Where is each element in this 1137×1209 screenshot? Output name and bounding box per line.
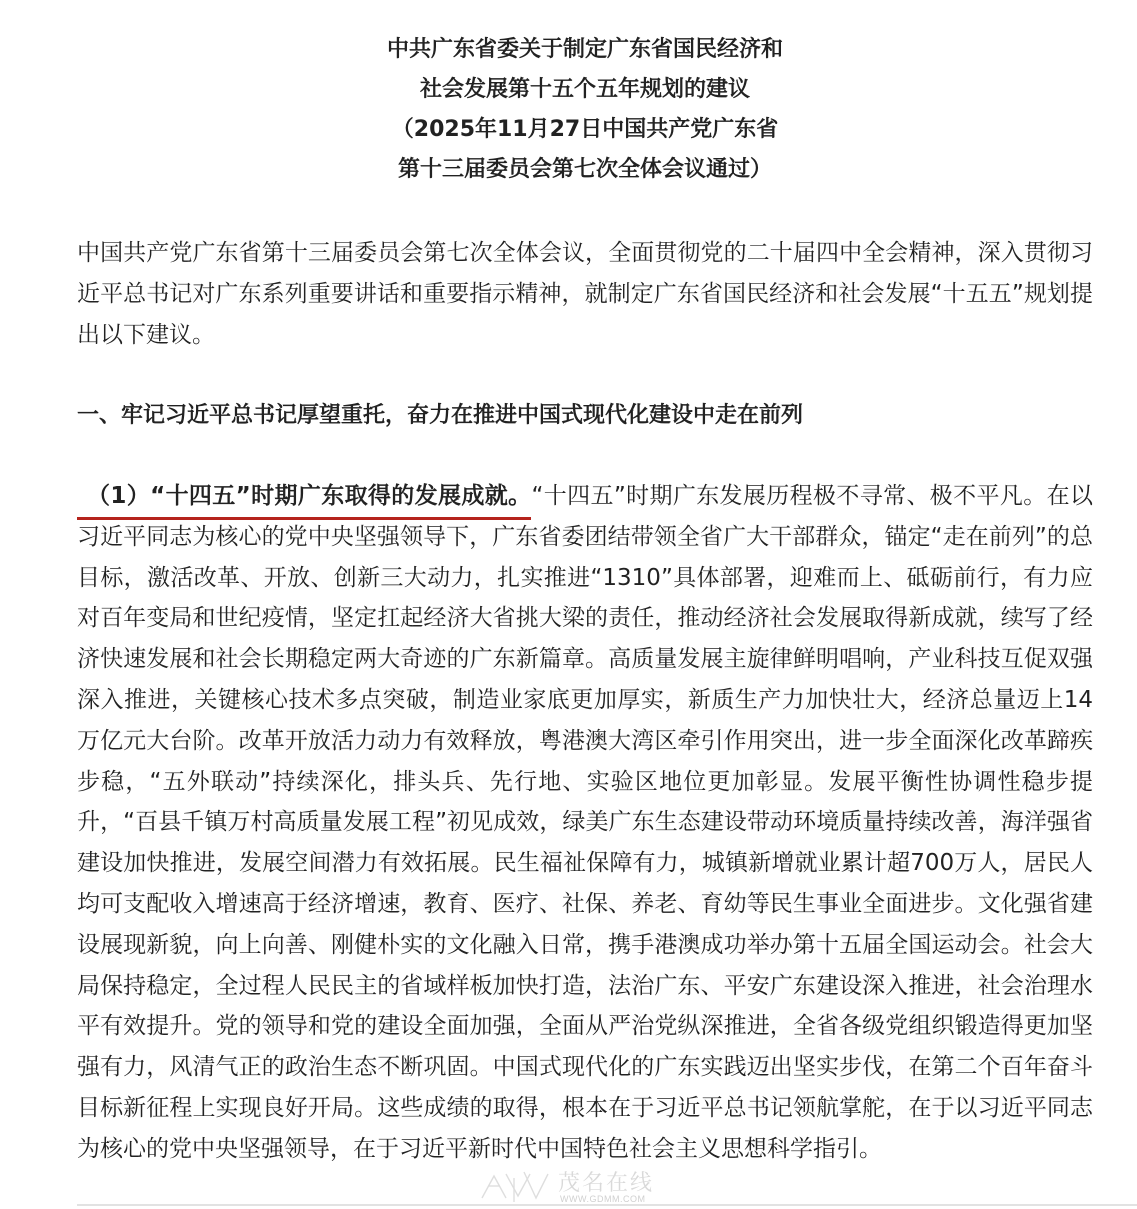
watermark-name: 茂名在线: [558, 1166, 654, 1197]
site-watermark: 茂名在线 WWW.GDMM.COM: [478, 1166, 678, 1206]
bottom-divider: [77, 1204, 1137, 1206]
document-title: 中共广东省委关于制定广东省国民经济和 社会发展第十五个五年规划的建议 （2025…: [77, 30, 1093, 190]
title-line-2: 社会发展第十五个五年规划的建议: [77, 70, 1093, 110]
watermark-logo-icon: [478, 1168, 554, 1204]
section-heading: 一、牢记习近平总书记厚望重托，奋力在推进中国式现代化建设中走在前列: [77, 395, 1093, 436]
subsection-paragraph: （1）“十四五”时期广东取得的发展成就。“十四五”时期广东发展历程极不寻常、极不…: [77, 476, 1093, 1170]
intro-paragraph: 中国共产党广东省第十三届委员会第七次全体会议，全面贯彻党的二十届四中全会精神，深…: [77, 233, 1093, 356]
subsection-lead: （1）“十四五”时期广东取得的发展成就。: [77, 483, 531, 520]
watermark-url: WWW.GDMM.COM: [560, 1194, 645, 1204]
title-line-1: 中共广东省委关于制定广东省国民经济和: [77, 30, 1093, 70]
title-line-3: （2025年11月27日中国共产党广东省: [77, 110, 1093, 150]
subsection-body: “十四五”时期广东发展历程极不寻常、极不平凡。在以习近平同志为核心的党中央坚强领…: [77, 483, 1093, 1162]
title-line-4: 第十三届委员会第七次全体会议通过）: [77, 150, 1093, 190]
